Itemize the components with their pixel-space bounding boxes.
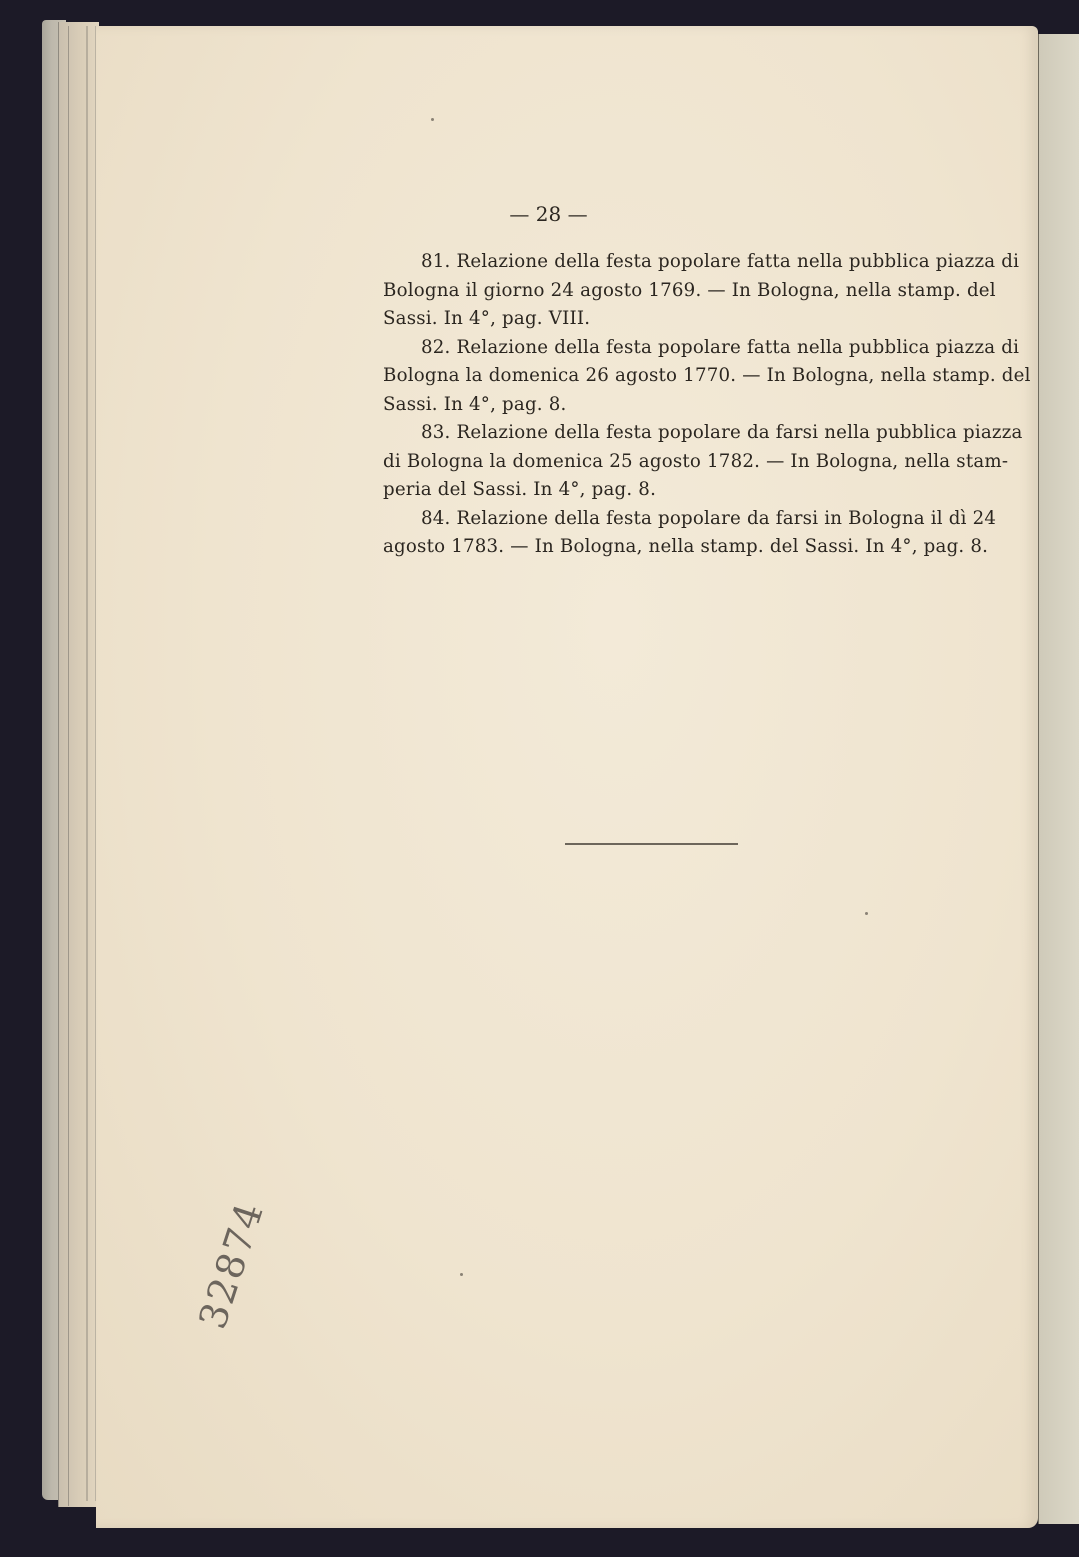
entry-line: Bologna la domenica 26 agosto 1770. — In… <box>345 362 959 391</box>
entry-line: 81. Relazione della festa popolare fatta… <box>345 248 959 277</box>
entry-line: 82. Relazione della festa popolare fatta… <box>345 334 959 363</box>
paper-speck <box>865 912 868 915</box>
entry-line: agosto 1783. — In Bologna, nella stamp. … <box>345 533 959 562</box>
entry-line: Sassi. In 4°, pag. VIII. <box>345 305 959 334</box>
bibliography-entry-84: 84. Relazione della festa popolare da fa… <box>345 505 959 562</box>
entry-line: Bologna il giorno 24 agosto 1769. — In B… <box>345 277 959 306</box>
bibliography-entry-83: 83. Relazione della festa popolare da fa… <box>345 419 959 505</box>
page-edge-line <box>68 26 69 1506</box>
bibliography-list: 81. Relazione della festa popolare fatta… <box>345 248 959 562</box>
page-edge-line <box>86 26 88 1501</box>
paper-speck <box>460 1273 463 1276</box>
page-number-text: — 28 — <box>509 202 587 226</box>
page-number: — 28 — <box>0 202 1079 226</box>
paper-speck <box>431 118 434 121</box>
entry-line: 84. Relazione della festa popolare da fa… <box>345 505 959 534</box>
bibliography-entry-81: 81. Relazione della festa popolare fatta… <box>345 248 959 334</box>
section-divider-rule <box>565 843 738 845</box>
page-stack-edge <box>58 22 99 1507</box>
entry-line: Sassi. In 4°, pag. 8. <box>345 391 959 420</box>
facing-page-edge <box>1038 34 1079 1524</box>
entry-line: di Bologna la domenica 25 agosto 1782. —… <box>345 448 959 477</box>
bibliography-entry-82: 82. Relazione della festa popolare fatta… <box>345 334 959 420</box>
entry-line: 83. Relazione della festa popolare da fa… <box>345 419 959 448</box>
entry-line: peria del Sassi. In 4°, pag. 8. <box>345 476 959 505</box>
